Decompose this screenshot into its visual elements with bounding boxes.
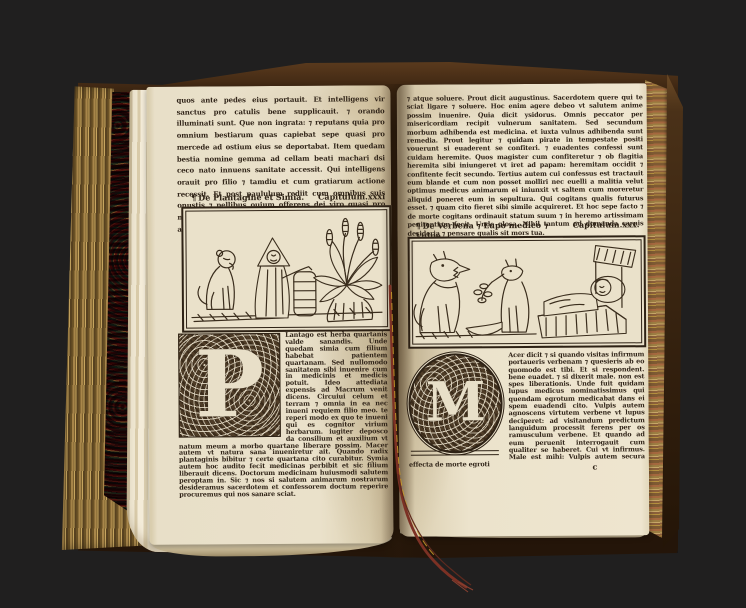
woodcut-plantain-scene bbox=[181, 205, 392, 332]
wolf-figure bbox=[414, 251, 470, 332]
pilcrow-icon: ¶ bbox=[191, 193, 196, 203]
caption-title: ¶De Plantagine et Simia. bbox=[191, 192, 304, 203]
plantain-plant bbox=[313, 218, 382, 321]
gutter-shadow bbox=[381, 84, 415, 558]
right-page: ⁊ atque soluere. Prout dicit augustinus.… bbox=[397, 83, 650, 537]
signature-mark: c bbox=[585, 462, 605, 472]
monkey-figure bbox=[198, 250, 236, 309]
left-body-text: P Lantago est herba quartanis valde sana… bbox=[178, 331, 388, 498]
decorated-initial-P: P bbox=[178, 333, 281, 438]
verbena-sprig bbox=[474, 282, 492, 303]
initial-baseline-rule bbox=[411, 450, 499, 456]
fox-figure bbox=[466, 259, 529, 335]
hooded-man-figure bbox=[255, 238, 312, 318]
decorated-initial-M: M bbox=[408, 353, 503, 454]
left-page: quos ante pedes eius portauit. Et intell… bbox=[146, 85, 393, 545]
photograph-of-open-book: quos ante pedes eius portauit. Et intell… bbox=[0, 0, 746, 608]
woodcut-wolf-fox-patient-scene bbox=[408, 235, 647, 348]
patient-in-bed bbox=[538, 245, 637, 338]
pilcrow-icon: ¶ bbox=[415, 221, 420, 231]
caption-chapter: Capitulum.xxxi bbox=[318, 191, 385, 201]
wicker-beehive bbox=[294, 272, 316, 316]
left-chapter-caption: ¶De Plantagine et Simia. Capitulum.xxxi bbox=[191, 191, 385, 202]
right-top-paragraph: ⁊ atque soluere. Prout dicit augustinus.… bbox=[407, 93, 644, 237]
